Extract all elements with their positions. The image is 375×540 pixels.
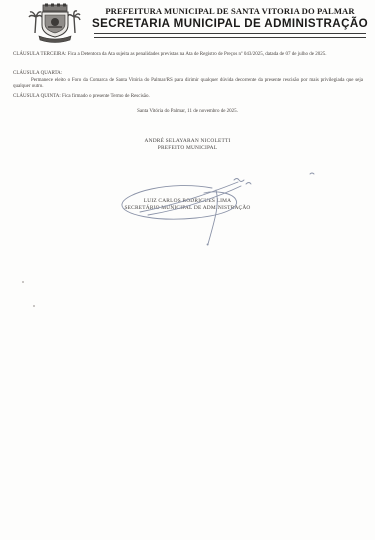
header-municipality-title: PREFEITURA MUNICIPAL DE SANTA VITORIA DO…: [88, 6, 372, 16]
header-title-block: PREFEITURA MUNICIPAL DE SANTA VITORIA DO…: [88, 6, 372, 38]
clause-quarta-title: CLÁUSULA QUARTA:: [13, 71, 363, 77]
signatory-name: ANDRÉ SELAYARAN NICOLETTI: [0, 138, 375, 145]
dateline: Santa Vitória do Palmar, 11 de novembro …: [0, 109, 375, 114]
scan-speck: [22, 281, 24, 283]
handwritten-signature: [100, 160, 320, 255]
header-double-rule: [94, 33, 366, 38]
document-page: PREFEITURA MUNICIPAL DE SANTA VITORIA DO…: [0, 0, 375, 540]
document-header: PREFEITURA MUNICIPAL DE SANTA VITORIA DO…: [0, 0, 375, 46]
clause-quinta: CLÁUSULA QUINTA: Fica firmado o presente…: [13, 94, 363, 100]
clause-terceira: CLÁUSULA TERCEIRA: Fica a Detentora da A…: [13, 52, 363, 58]
header-secretariat-title: SECRETARIA MUNICIPAL DE ADMINISTRAÇÃO: [88, 17, 372, 30]
clause-quarta-body: Permanece eleito o Foro da Comarca de Sa…: [13, 78, 363, 90]
signatory-role: PREFEITO MUNICIPAL: [0, 145, 375, 152]
scan-speck: [33, 305, 35, 307]
municipal-coat-of-arms-icon: [27, 3, 83, 43]
signature-block-mayor: ANDRÉ SELAYARAN NICOLETTI PREFEITO MUNIC…: [0, 138, 375, 152]
